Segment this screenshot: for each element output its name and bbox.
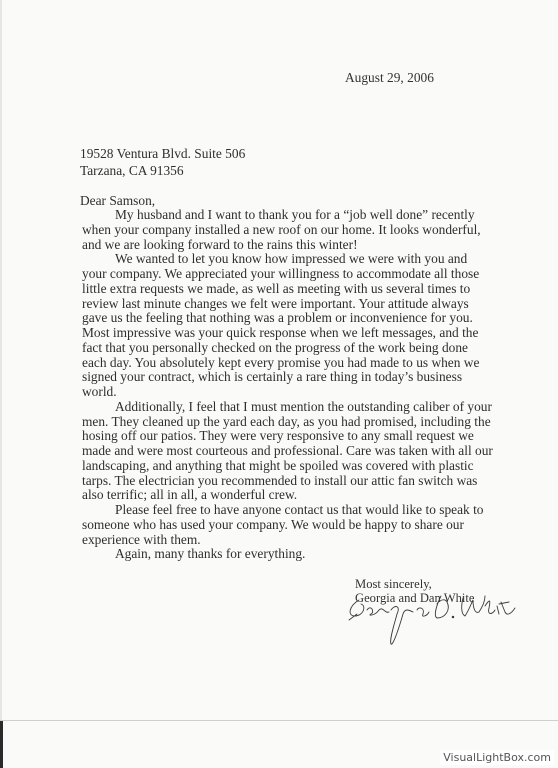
watermark: VisualLightBox.com	[440, 750, 554, 765]
paragraph-line: Most impressive was your quick response …	[82, 326, 522, 341]
paragraph-line: gave us the feeling that nothing was a p…	[82, 311, 522, 326]
paragraph-line: also terrific; all in all, a wonderful c…	[82, 488, 522, 503]
paragraph-line: hosing off our patios. They were very re…	[82, 429, 522, 444]
letter-body: My husband and I want to thank you for a…	[82, 208, 522, 562]
paragraph-line: Please feel free to have anyone contact …	[82, 503, 522, 518]
paragraph-line: when your company installed a new roof o…	[82, 223, 522, 238]
paragraph-line: signed your contract, which is certainly…	[82, 370, 522, 385]
paragraph-line: Again, many thanks for everything.	[82, 547, 522, 562]
paragraph-line: experience with them.	[82, 533, 522, 548]
paragraph-line: men. They cleaned up the yard each day, …	[82, 415, 522, 430]
paragraph-line: Additionally, I feel that I must mention…	[82, 400, 522, 415]
paragraph-line: each day. You absolutely kept every prom…	[82, 356, 522, 371]
paragraph-line: My husband and I want to thank you for a…	[82, 208, 522, 223]
letter-page: August 29, 2006 19528 Ventura Blvd. Suit…	[0, 0, 558, 720]
paragraph-line: world.	[82, 385, 522, 400]
paragraph-line: made and were most courteous and profess…	[82, 444, 522, 459]
recipient-address: 19528 Ventura Blvd. Suite 506 Tarzana, C…	[80, 145, 245, 179]
paragraph-line: and we are looking forward to the rains …	[82, 238, 522, 253]
paragraph-line: your company. We appreciated your willin…	[82, 267, 522, 282]
scan-edge-strip	[0, 721, 3, 768]
letter-date: August 29, 2006	[345, 70, 434, 86]
paragraph-line: landscaping, and anything that might be …	[82, 459, 522, 474]
paragraph-line: little extra requests we made, as well a…	[82, 282, 522, 297]
paragraph-line: fact that you personally checked on the …	[82, 341, 522, 356]
paragraph-line: someone who has used your company. We wo…	[82, 518, 522, 533]
handwritten-signature-icon	[345, 592, 520, 652]
address-line: Tarzana, CA 91356	[80, 162, 245, 179]
paragraph-line: tarps. The electrician you recommended t…	[82, 474, 522, 489]
closing-phrase: Most sincerely,	[355, 577, 475, 591]
address-line: 19528 Ventura Blvd. Suite 506	[80, 145, 245, 162]
paragraph-line: review last minute changes we felt were …	[82, 297, 522, 312]
paragraph-line: We wanted to let you know how impressed …	[82, 252, 522, 267]
